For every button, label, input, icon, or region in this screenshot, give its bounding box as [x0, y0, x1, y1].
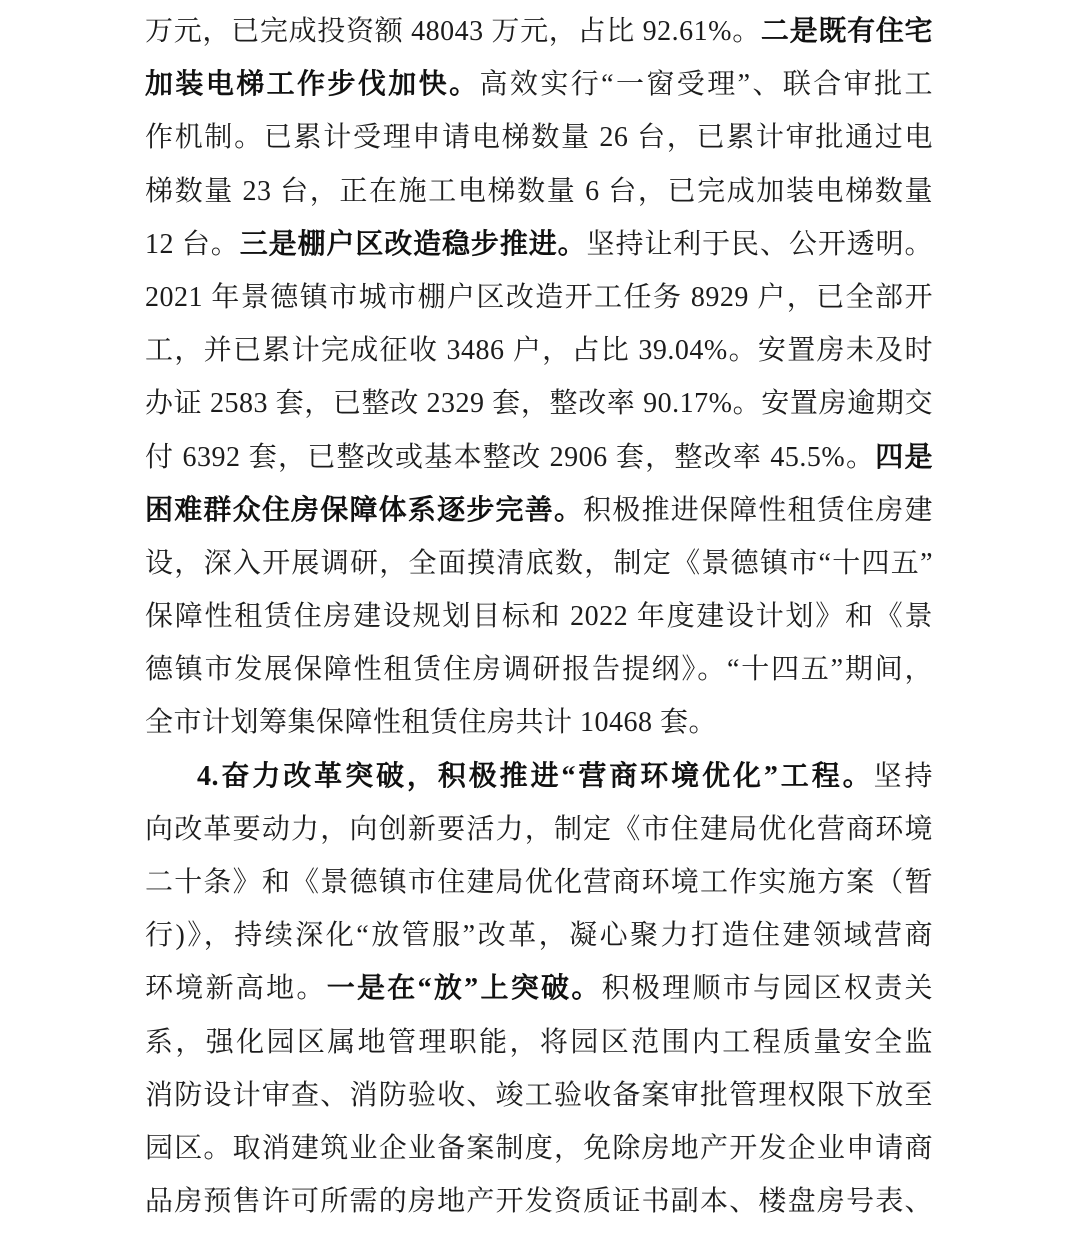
text-line: 行)》，持续深化“放管服”改革，凝心聚力打造住建领域营商 — [145, 909, 933, 962]
text-line: 消防设计审查、消防验收、竣工验收备案审批管理权限下放至 — [145, 1069, 933, 1122]
emphasis-text: 四是 — [875, 442, 933, 473]
text-line: 万元，已完成投资额 48043 万元，占比 92.61%。二是既有住宅 — [145, 5, 933, 58]
body-text: 系，强化园区属地管理职能，将园区范围内工程质量安全监督、 — [145, 1027, 933, 1069]
body-text: 坚持让利于民、公开透明。 — [587, 229, 933, 260]
text-line: 2021 年景德镇市城市棚户区改造开工任务 8929 户，已全部开 — [145, 271, 933, 324]
text-line: 工，并已累计完成征收 3486 户，占比 39.04%。安置房未及时 — [145, 324, 933, 377]
text-line: 二十条》和《景德镇市住建局优化营商环境工作实施方案（暂 — [145, 856, 933, 909]
body-text: 2021 年景德镇市城市棚户区改造开工任务 8929 户，已全部开 — [145, 282, 933, 313]
body-text: 环境新高地。 — [145, 973, 327, 1004]
body-text: 办证 2583 套，已整改 2329 套，整改率 90.17%。安置房逾期交 — [145, 388, 933, 419]
text-line: 德镇市发展保障性租赁住房调研报告提纲》。“十四五”期间， — [145, 643, 933, 696]
body-text: 积极推进保障性租赁住房建 — [583, 495, 933, 526]
emphasis-text: 三是棚户区改造稳步推进。 — [240, 229, 587, 260]
emphasis-text: 加装电梯工作步伐加快。 — [145, 69, 480, 100]
text-line: 设，深入开展调研，全面摸清底数，制定《景德镇市“十四五” — [145, 537, 933, 590]
body-text: 设，深入开展调研，全面摸清底数，制定《景德镇市“十四五” — [145, 548, 933, 579]
body-text: 高效实行“一窗受理”、联合审批工 — [480, 69, 934, 100]
body-text: 坚持 — [874, 761, 933, 792]
emphasis-text: 4.奋力改革突破，积极推进“营商环境优化”工程。 — [197, 761, 874, 792]
text-line: 品房预售许可所需的房地产开发资质证书副本、楼盘房号表、 — [145, 1175, 933, 1228]
emphasis-text: 二是既有住宅 — [761, 16, 933, 47]
body-text: 12 台。 — [145, 229, 240, 260]
body-text: 万元，已完成投资额 48043 万元，占比 92.61%。 — [145, 16, 761, 47]
text-line: 付 6392 套，已整改或基本整改 2906 套，整改率 45.5%。四是 — [145, 431, 933, 484]
body-text: 保障性租赁住房建设规划目标和 2022 年度建设计划》和《景 — [145, 601, 933, 632]
body-text: 行)》，持续深化“放管服”改革，凝心聚力打造住建领域营商 — [145, 920, 933, 951]
body-text: 向改革要动力，向创新要活力，制定《市住建局优化营商环境 — [145, 814, 933, 845]
body-text: 作机制。已累计受理申请电梯数量 26 台，已累计审批通过电 — [145, 122, 933, 153]
text-line: 保障性租赁住房建设规划目标和 2022 年度建设计划》和《景 — [145, 590, 933, 643]
text-line: 向改革要动力，向创新要活力，制定《市住建局优化营商环境 — [145, 803, 933, 856]
text-line: 系，强化园区属地管理职能，将园区范围内工程质量安全监督、 — [145, 1016, 933, 1069]
text-line: 环境新高地。一是在“放”上突破。积极理顺市与园区权责关 — [145, 962, 933, 1015]
body-text: 消防设计审查、消防验收、竣工验收备案审批管理权限下放至 — [145, 1080, 933, 1111]
text-line: 12 台。三是棚户区改造稳步推进。坚持让利于民、公开透明。 — [145, 218, 933, 271]
text-line: 困难群众住房保障体系逐步完善。积极推进保障性租赁住房建 — [145, 484, 933, 537]
text-line: 作机制。已累计受理申请电梯数量 26 台，已累计审批通过电 — [145, 111, 933, 164]
body-text: 工，并已累计完成征收 3486 户，占比 39.04%。安置房未及时 — [145, 335, 933, 366]
body-text: 德镇市发展保障性租赁住房调研报告提纲》。“十四五”期间， — [145, 654, 933, 685]
body-text: 付 6392 套，已整改或基本整改 2906 套，整改率 45.5%。 — [145, 442, 875, 473]
document-page: 万元，已完成投资额 48043 万元，占比 92.61%。二是既有住宅加装电梯工… — [0, 0, 1074, 1235]
body-text: 积极理顺市与园区权责关 — [602, 973, 933, 1004]
body-text: 梯数量 23 台，正在施工电梯数量 6 台，已完成加装电梯数量 — [145, 176, 933, 207]
emphasis-text: 一是在“放”上突破。 — [327, 973, 602, 1004]
text-line: 加装电梯工作步伐加快。高效实行“一窗受理”、联合审批工 — [145, 58, 933, 111]
emphasis-text: 困难群众住房保障体系逐步完善。 — [145, 495, 583, 526]
text-line: 4.奋力改革突破，积极推进“营商环境优化”工程。坚持 — [145, 750, 933, 803]
body-text: 品房预售许可所需的房地产开发资质证书副本、楼盘房号表、 — [145, 1186, 933, 1217]
body-text: 全市计划筹集保障性租赁住房共计 10468 套。 — [145, 707, 717, 738]
body-text: 园区。取消建筑业企业备案制度，免除房地产开发企业申请商 — [145, 1133, 933, 1164]
text-line: 全市计划筹集保障性租赁住房共计 10468 套。 — [145, 696, 933, 749]
document-body: 万元，已完成投资额 48043 万元，占比 92.61%。二是既有住宅加装电梯工… — [145, 5, 933, 1228]
text-line: 园区。取消建筑业企业备案制度，免除房地产开发企业申请商 — [145, 1122, 933, 1175]
body-text: 二十条》和《景德镇市住建局优化营商环境工作实施方案（暂 — [145, 867, 933, 898]
text-line: 办证 2583 套，已整改 2329 套，整改率 90.17%。安置房逾期交 — [145, 377, 933, 430]
text-line: 梯数量 23 台，正在施工电梯数量 6 台，已完成加装电梯数量 — [145, 165, 933, 218]
